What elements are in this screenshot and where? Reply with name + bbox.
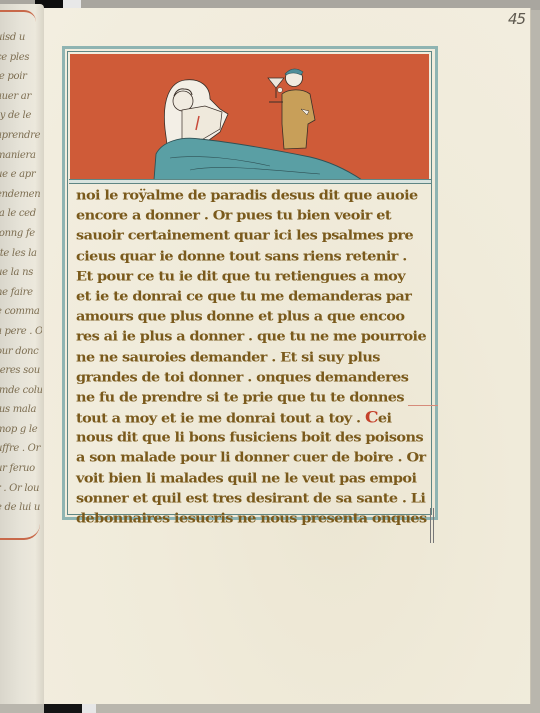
facing-line: uisd u [0, 28, 42, 48]
facing-line: auer ar [0, 87, 42, 107]
facing-line: e comma [0, 302, 42, 322]
rubric-flourish-line [408, 405, 438, 406]
rubric-initial: C [365, 409, 378, 427]
facing-line: uffre . Or [0, 439, 42, 459]
facing-line: teres sou [0, 361, 42, 381]
facing-line: lmde colu [0, 381, 42, 401]
scan-white-tab-bottom [82, 704, 96, 713]
facing-page-text: uisd u ce ples ie poir auer ar ty de le … [0, 28, 42, 518]
facing-line: aprendre [0, 126, 42, 146]
facing-line: la le ced [0, 204, 42, 224]
facing-line: e de lui u [0, 498, 42, 518]
facing-line: mop g le [0, 420, 42, 440]
miniature-illustration [70, 54, 429, 180]
facing-line: ue la ns [0, 263, 42, 283]
text-line: Et pour ce tu ie dit que tu retiengues a… [76, 268, 428, 287]
facing-line: lonng fe [0, 224, 42, 244]
miniature-text-divider [69, 179, 431, 184]
text-line: noi le roÿalme de paradis desus dit que … [76, 187, 428, 206]
physician-and-patient-scene [70, 54, 429, 180]
text-line: voit bien li malades quil ne le veut pas… [76, 469, 428, 488]
text-line: amours que plus donne et plus a que enco… [76, 308, 428, 327]
facing-line: ue e apr [0, 165, 42, 185]
ruling-line [430, 508, 431, 543]
text-line: ne ne sauroies demander . Et si suy plus [76, 348, 428, 367]
text-line: cieus quar ie donne tout sans riens rete… [76, 247, 428, 266]
facing-page-border-bottom [0, 524, 40, 540]
scan-color-tab-bottom [44, 704, 82, 713]
facing-page-border-top [0, 10, 36, 22]
text-line-with-rubric: tout a moy et ie me donrai tout a toy . … [76, 409, 428, 428]
facing-line: ur feruo [0, 459, 42, 479]
text-line: a son malade pour li donner cuer de boir… [76, 449, 428, 468]
rubric-line-suffix: ei [378, 411, 392, 427]
ruling-line [433, 508, 434, 543]
text-line: res ai ie plus a donner . que tu ne me p… [76, 328, 428, 347]
scan-white-tab-top [63, 0, 81, 8]
facing-line: ie poir [0, 67, 42, 87]
text-line: ne fu de prendre si te prie que tu te do… [76, 389, 428, 408]
facing-line: a pere . Or [0, 322, 42, 342]
facing-line: ne faire [0, 283, 42, 303]
facing-line: tte les la [0, 244, 42, 264]
text-line: encore a donner . Or pues tu bien veoir … [76, 207, 428, 226]
facing-line: ce ples [0, 48, 42, 68]
facing-line: ty de le [0, 106, 42, 126]
text-line: sonner et quil est tres desirant de sa s… [76, 490, 428, 509]
text-line: debonnaires iesucris ne nous presenta on… [76, 510, 428, 529]
facing-line: lus mala [0, 400, 42, 420]
facing-page: uisd u ce ples ie poir auer ar ty de le … [0, 4, 44, 704]
facing-line: endemen [0, 185, 42, 205]
folio-number: 45 [508, 10, 525, 28]
text-line: et ie te donrai ce que tu me demanderas … [76, 288, 428, 307]
text-line: nous dit que li bons fusiciens boit des … [76, 429, 428, 448]
facing-line: r . Or lou [0, 479, 42, 499]
text-line: grandes de toi donner . onques demandere… [76, 368, 428, 387]
main-text-block: noi le roÿalme de paradis desus dit que … [76, 186, 428, 529]
text-line: sauoir certainement quar ici les psalmes… [76, 227, 428, 246]
text-line-segment: tout a moy et ie me donrai tout a toy . [76, 411, 361, 427]
facing-line: maniera [0, 146, 42, 166]
facing-line: our donc [0, 342, 42, 362]
